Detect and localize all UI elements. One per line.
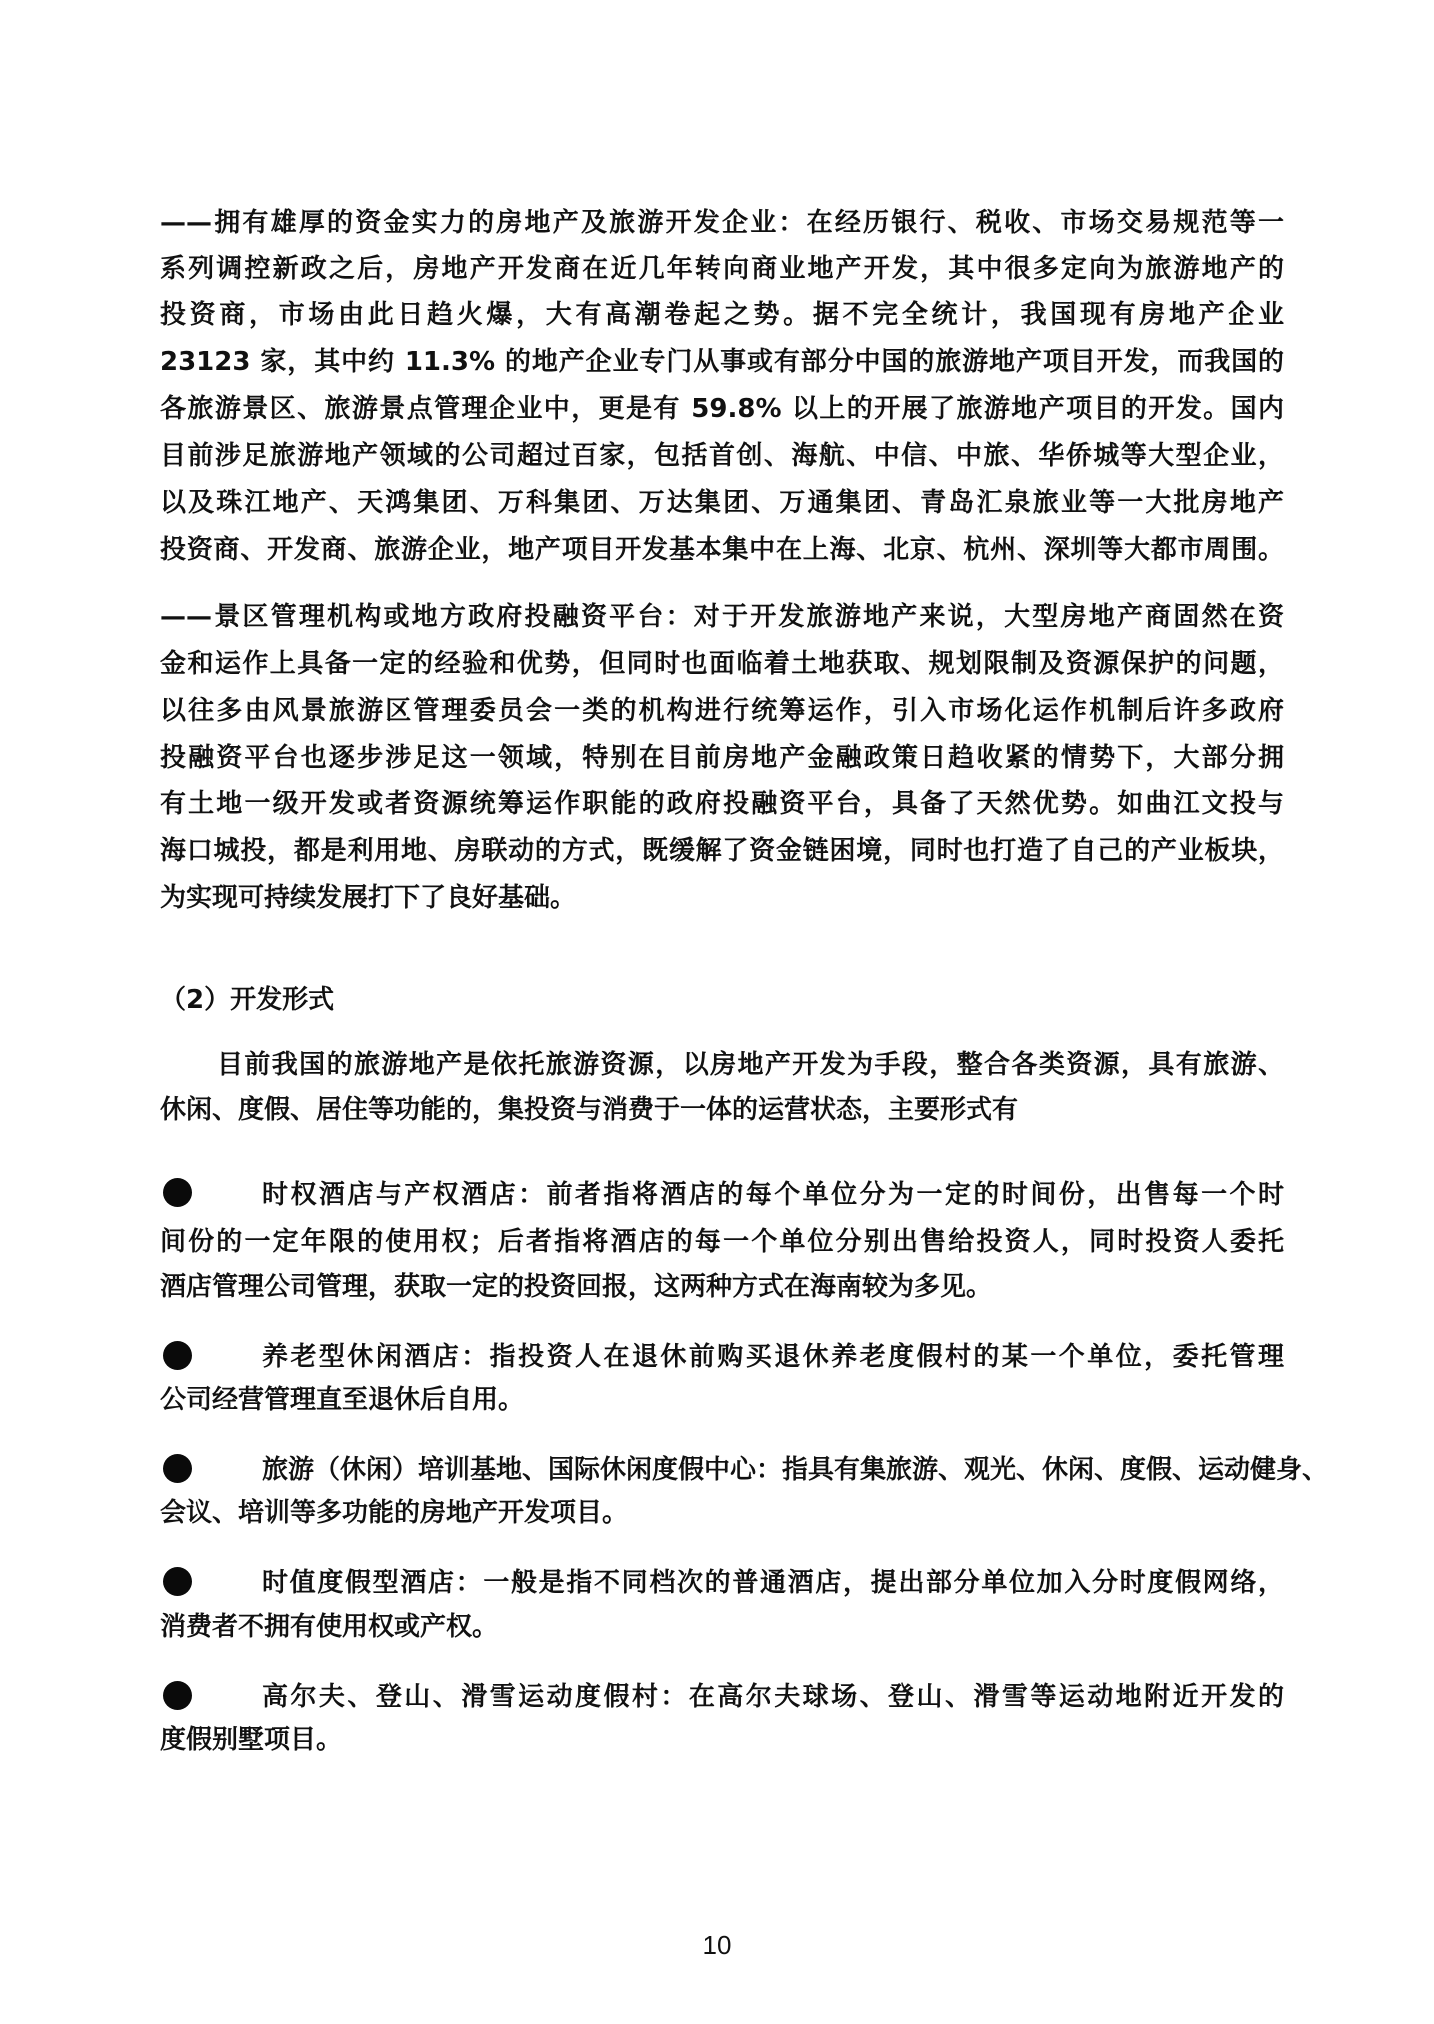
- bullet-icon: [163, 1178, 192, 1207]
- text-line: ——拥有雄厚的资金实力的房地产及旅游开发企业：在经历银行、税收、市场交易规范等一: [160, 200, 1284, 246]
- text-line: 目前我国的旅游地产是依托旅游资源，以房地产开发为手段，整合各类资源，具有旅游、: [217, 1042, 1284, 1088]
- bullet-icon: [163, 1567, 192, 1596]
- text-line: 投资商、开发商、旅游企业，地产项目开发基本集中在上海、北京、杭州、深圳等大都市周…: [160, 527, 1284, 573]
- text-line: 为实现可持续发展打下了良好基础。: [160, 875, 1284, 921]
- text-line: 海口城投，都是利用地、房联动的方式，既缓解了资金链困境，同时也打造了自己的产业板…: [160, 828, 1284, 874]
- text-line: 休闲、度假、居住等功能的，集投资与消费于一体的运营状态，主要形式有: [160, 1087, 1284, 1133]
- text-line: 高尔夫、登山、滑雪运动度假村：在高尔夫球场、登山、滑雪等运动地附近开发的: [262, 1674, 1284, 1720]
- text-line: 投融资平台也逐步涉足这一领域，特别在目前房地产金融政策日趋收紧的情势下，大部分拥: [160, 735, 1284, 781]
- document-page: ——拥有雄厚的资金实力的房地产及旅游开发企业：在经历银行、税收、市场交易规范等一…: [0, 0, 1434, 2024]
- bullet-icon: [163, 1681, 192, 1710]
- text-line: 酒店管理公司管理，获取一定的投资回报，这两种方式在海南较为多见。: [160, 1264, 1284, 1310]
- text-line: 投资商，市场由此日趋火爆，大有高潮卷起之势。据不完全统计，我国现有房地产企业: [160, 292, 1284, 338]
- text-line: 目前涉足旅游地产领域的公司超过百家，包括首创、海航、中信、中旅、华侨城等大型企业…: [160, 433, 1284, 479]
- text-line: 系列调控新政之后，房地产开发商在近几年转向商业地产开发，其中很多定向为旅游地产的: [160, 246, 1284, 292]
- text-line: 旅游（休闲）培训基地、国际休闲度假中心：指具有集旅游、观光、休闲、度假、运动健身…: [262, 1447, 1284, 1493]
- text-line: 时权酒店与产权酒店：前者指将酒店的每个单位分为一定的时间份，出售每一个时: [262, 1172, 1284, 1218]
- text-line: 养老型休闲酒店：指投资人在退休前购买退休养老度假村的某一个单位，委托管理: [262, 1334, 1284, 1380]
- text-line: 金和运作上具备一定的经验和优势，但同时也面临着土地获取、规划限制及资源保护的问题…: [160, 641, 1284, 687]
- text-line: 23123 家，其中约 11.3% 的地产企业专门从事或有部分中国的旅游地产项目…: [160, 339, 1284, 385]
- text-line: 以往多由风景旅游区管理委员会一类的机构进行统筹运作，引入市场化运作机制后许多政府: [160, 688, 1284, 734]
- section-heading: （2）开发形式: [160, 977, 334, 1023]
- text-line: 会议、培训等多功能的房地产开发项目。: [160, 1490, 1284, 1536]
- bullet-icon: [163, 1341, 192, 1370]
- text-line: ——景区管理机构或地方政府投融资平台：对于开发旅游地产来说，大型房地产商固然在资: [160, 594, 1284, 640]
- text-line: 消费者不拥有使用权或产权。: [160, 1604, 1284, 1650]
- text-line: 间份的一定年限的使用权；后者指将酒店的每一个单位分别出售给投资人，同时投资人委托: [160, 1219, 1284, 1265]
- page-number: 10: [0, 1925, 1434, 1965]
- bullet-icon: [163, 1454, 192, 1483]
- text-line: 时值度假型酒店：一般是指不同档次的普通酒店，提出部分单位加入分时度假网络，: [262, 1560, 1284, 1606]
- text-line: 有土地一级开发或者资源统筹运作职能的政府投融资平台，具备了天然优势。如曲江文投与: [160, 781, 1284, 827]
- text-line: 公司经营管理直至退休后自用。: [160, 1377, 1284, 1423]
- text-line: 各旅游景区、旅游景点管理企业中，更是有 59.8% 以上的开展了旅游地产项目的开…: [160, 386, 1284, 432]
- text-line: 度假别墅项目。: [160, 1717, 1284, 1763]
- text-line: 以及珠江地产、天鸿集团、万科集团、万达集团、万通集团、青岛汇泉旅业等一大批房地产: [160, 480, 1284, 526]
